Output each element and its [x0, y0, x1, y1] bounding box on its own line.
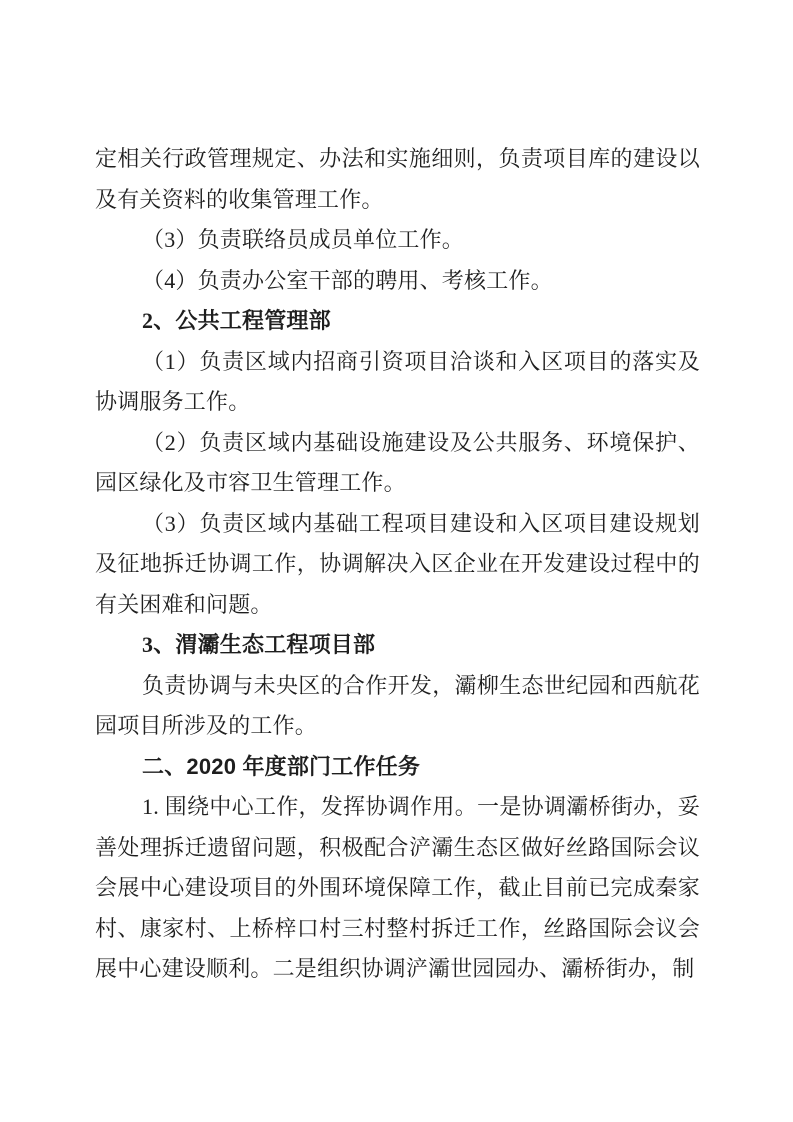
document-page: 定相关行政管理规定、办法和实施细则，负责项目库的建设以及有关资料的收集管理工作。…: [0, 0, 793, 1122]
list-item-public-works-2: （2）负责区域内基础设施建设及公共服务、环境保护、园区绿化及市容卫生管理工作。: [95, 423, 700, 504]
heading-weiba-eco-project-dept: 3、渭灞生态工程项目部: [95, 625, 700, 666]
list-item-public-works-3: （3）负责区域内基础工程项目建设和入区项目建设规划及征地拆迁协调工作，协调解决入…: [95, 504, 700, 626]
paragraph-continuation: 定相关行政管理规定、办法和实施细则，负责项目库的建设以及有关资料的收集管理工作。: [95, 139, 700, 220]
list-item-office-duty-4: （4）负责办公室干部的聘用、考核工作。: [95, 261, 700, 302]
list-item-office-duty-3: （3）负责联络员成员单位工作。: [95, 220, 700, 261]
heading-public-works-dept: 2、公共工程管理部: [95, 301, 700, 342]
list-item-public-works-1: （1）负责区域内招商引资项目洽谈和入区项目的落实及协调服务工作。: [95, 342, 700, 423]
paragraph-weiba-duty: 负责协调与未央区的合作开发，灞柳生态世纪园和西航花园项目所涉及的工作。: [95, 666, 700, 747]
heading-2020-work-tasks: 二、2020 年度部门工作任务: [95, 747, 700, 788]
paragraph-task-1: 1. 围绕中心工作，发挥协调作用。一是协调灞桥街办，妥善处理拆迁遗留问题，积极配…: [95, 787, 700, 990]
